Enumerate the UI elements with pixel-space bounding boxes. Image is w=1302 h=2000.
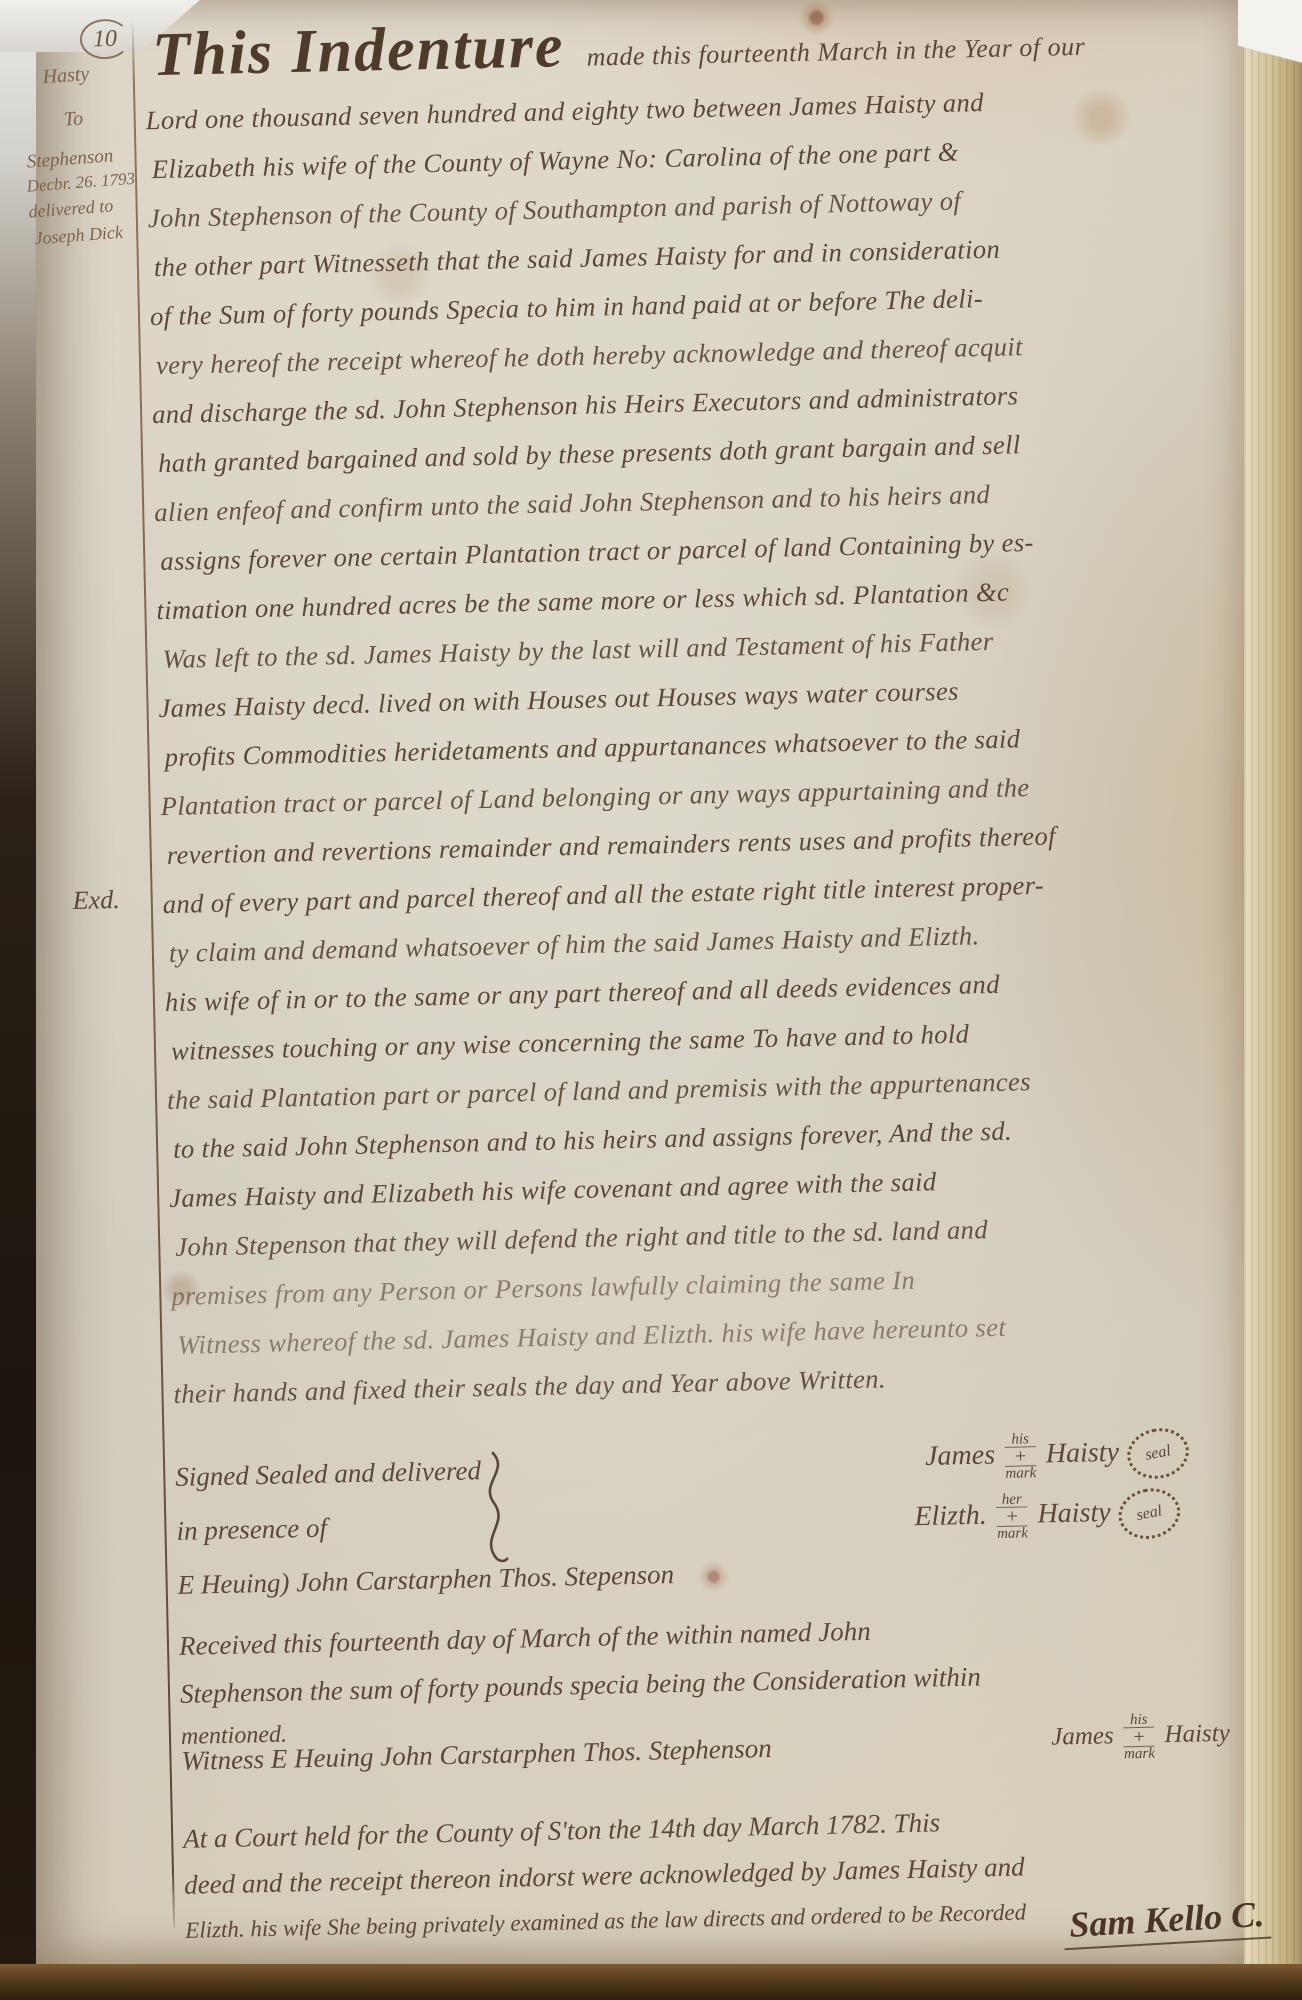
- mark-cross-symbol: +: [997, 1506, 1028, 1527]
- deed-heading: This Indenture made this fourteenth Marc…: [152, 0, 1086, 91]
- signature-james-haisty: Jameshis+markHaistyseal: [925, 1428, 1190, 1484]
- his-mark-cross: his+mark: [1123, 1713, 1155, 1762]
- pen-flourish-icon: [477, 1449, 514, 1570]
- court-record-block: At a Court held for the County of S'ton …: [183, 1798, 1027, 1954]
- scanned-deed-photo: { "document": { "page_number": "10", "in…: [0, 0, 1302, 2000]
- margin-examined-note: Exd.: [72, 885, 120, 916]
- attestation-block: Signed Sealed and deliveredin presence o…: [175, 1439, 675, 1612]
- margin-docket-line: delivered to: [28, 192, 141, 222]
- signature-forename: Elizth.: [914, 1500, 987, 1533]
- wax-seal-drawing: seal: [1123, 1423, 1194, 1484]
- signature-surname: Haisty: [1046, 1437, 1120, 1470]
- signature-surname: Haisty: [1037, 1497, 1111, 1530]
- her-mark-cross: her+mark: [996, 1492, 1028, 1541]
- receipt-block: Received this fourteenth day of March of…: [179, 1604, 983, 1755]
- signature-forename: James: [925, 1439, 996, 1472]
- heading-continuation: made this fourteenth March in the Year o…: [586, 32, 1085, 73]
- book-cover-edge: [0, 1964, 1302, 2000]
- mark-cross-symbol: +: [1124, 1727, 1155, 1748]
- page-corner-sliver: [1238, 0, 1302, 96]
- receipt-signature-james: Jameshis+markHaisty: [1051, 1711, 1231, 1763]
- attestation-line: E Heuing) John Carstarphen Thos. Stepens…: [177, 1547, 675, 1612]
- signature-surname: Haisty: [1164, 1720, 1230, 1748]
- signature-elizabeth-haisty: Elizth.her+markHaistyseal: [914, 1488, 1181, 1544]
- margin-docket-line: To: [63, 104, 134, 131]
- margin-docket: HastyToStephensonDecbr. 26. 1793delivere…: [18, 60, 143, 250]
- page-number: 10: [80, 19, 131, 60]
- heading-script-words: This Indenture: [152, 11, 566, 91]
- signature-forename: James: [1051, 1722, 1114, 1750]
- his-mark-cross: his+mark: [1005, 1432, 1037, 1481]
- deed-body: Lord one thousand seven hundred and eigh…: [145, 77, 1054, 1419]
- handwriting-layer: 10 HastyToStephensonDecbr. 26. 1793deliv…: [13, 0, 1266, 1967]
- margin-docket-line: Joseph Dick: [34, 219, 143, 249]
- margin-docket-line: Hasty: [42, 60, 131, 88]
- wax-seal-drawing: seal: [1114, 1483, 1185, 1544]
- mark-cross-symbol: +: [1005, 1446, 1036, 1467]
